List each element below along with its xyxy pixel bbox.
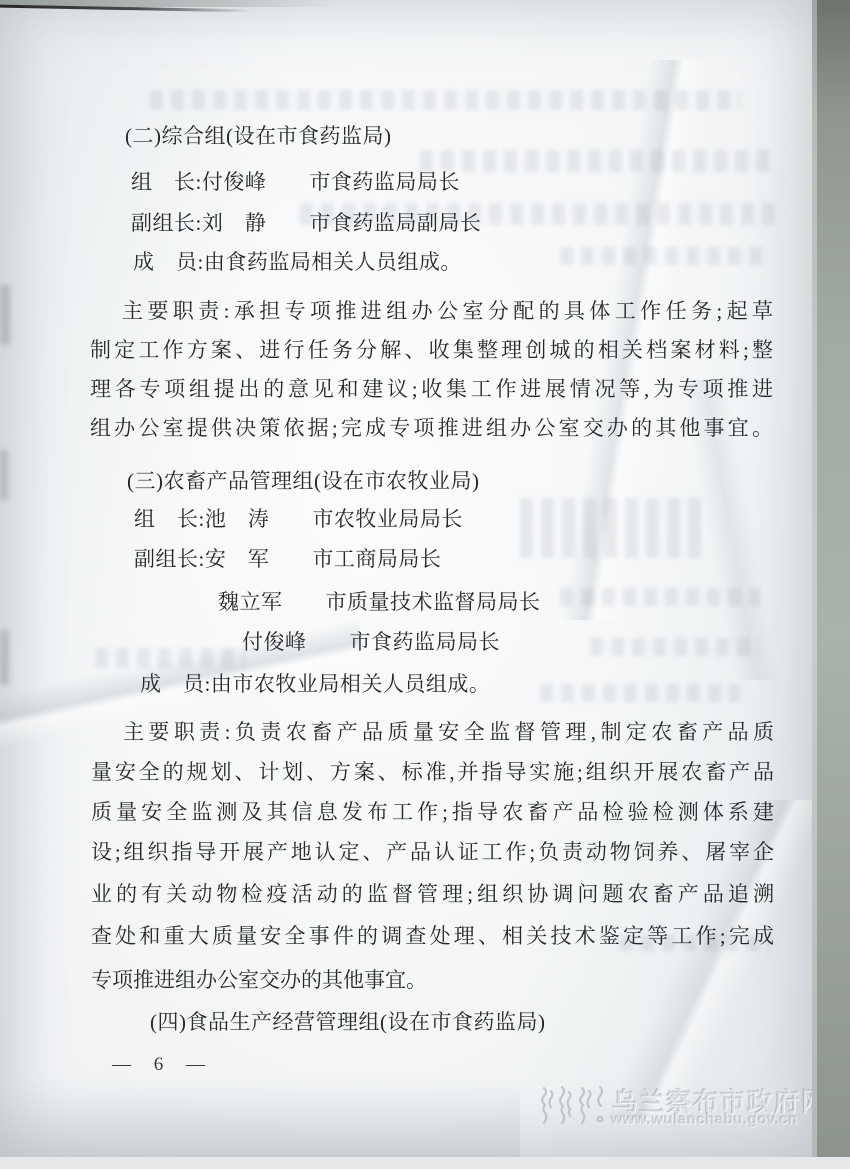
scan-edge-highlight	[812, 0, 817, 1157]
scan-edge-speck-artifact	[0, 630, 9, 685]
duty-line: 业的有关动物检疫活动的监督管理;组织协调问题农畜产品追溯	[91, 880, 774, 908]
bleedthrough-text-artifact	[420, 150, 770, 172]
scan-edge-speck-artifact	[0, 450, 8, 500]
bleedthrough-text-artifact	[560, 247, 770, 265]
bleedthrough-text-artifact	[520, 498, 705, 558]
scanner-bed-strip	[0, 1157, 850, 1169]
duty-line: 理各专项组提出的意见和建议;收集工作进展情况等,为专项推进	[90, 375, 773, 403]
role-line-deputy: 副组长:安 军 市工商局局长	[134, 545, 441, 573]
paper-crease-artifact	[0, 1078, 520, 1157]
duty-line: 质量安全监测及其信息发布工作;指导农畜产品检验检测体系建	[91, 798, 774, 826]
role-line-members: 成 员:由市农牧业局相关人员组成。	[140, 670, 490, 698]
role-line-leader: 组 长:池 涛 市农牧业局局长	[134, 505, 463, 533]
bleedthrough-text-artifact	[150, 90, 740, 110]
duty-line: 量安全的规划、计划、方案、标准,并指导实施;组织开展农畜产品	[91, 758, 774, 786]
role-line-deputy: 副组长:刘 静 市食药监局副局长	[131, 209, 481, 237]
role-line-leader: 组 长:付俊峰 市食药监局局长	[131, 168, 460, 196]
bleedthrough-text-artifact	[95, 648, 245, 668]
deputy-name-line: 魏立军 市质量技术监督局局长	[218, 588, 541, 616]
paper-sheet: (二)综合组(设在市食药监局) 组 长:付俊峰 市食药监局局长 副组长:刘 静 …	[0, 0, 815, 1157]
scanned-page: (二)综合组(设在市食药监局) 组 长:付俊峰 市食药监局局长 副组长:刘 静 …	[0, 0, 850, 1169]
scan-edge-speck-artifact	[0, 285, 10, 345]
watermark-site-url: www.wulanchabu.gov.cn	[611, 1111, 798, 1128]
duty-line: 组办公室提供决策依据;完成专项推进组办公室交办的其他事宜。	[90, 414, 773, 442]
bleedthrough-text-artifact	[560, 588, 760, 606]
scan-edge-band	[812, 0, 850, 1157]
duty-line: 制定工作方案、进行任务分解、收集整理创城的相关档案材料;整	[90, 336, 773, 364]
duty-line: 专项推进组办公室交办的其他事宜。	[91, 966, 774, 994]
section-heading: (四)食品生产经营管理组(设在市食药监局)	[150, 1008, 545, 1036]
bleedthrough-text-artifact	[540, 684, 740, 702]
duty-line: 设;组织指导开展产地认定、产品认证工作;负责动物饲养、屠宰企	[91, 838, 774, 866]
section-heading: (三)农畜产品管理组(设在市农牧业局)	[127, 467, 479, 495]
bleedthrough-text-artifact	[590, 638, 760, 656]
deputy-name-line: 付俊峰 市食药监局局长	[242, 628, 500, 656]
duty-line: 查处和重大质量安全事件的调查处理、相关技术鉴定等工作;完成	[91, 922, 774, 950]
page-number: — 6 —	[112, 1054, 207, 1076]
duty-line: 主要职责:负责农畜产品质量安全监督管理,制定农畜产品质	[91, 718, 774, 746]
role-line-members: 成 员:由食药监局相关人员组成。	[133, 248, 462, 276]
section-heading: (二)综合组(设在市食药监局)	[125, 122, 391, 150]
mongolian-script-icon	[537, 1085, 609, 1134]
duty-line: 主要职责:承担专项推进组办公室分配的具体工作任务;起草	[90, 297, 773, 325]
